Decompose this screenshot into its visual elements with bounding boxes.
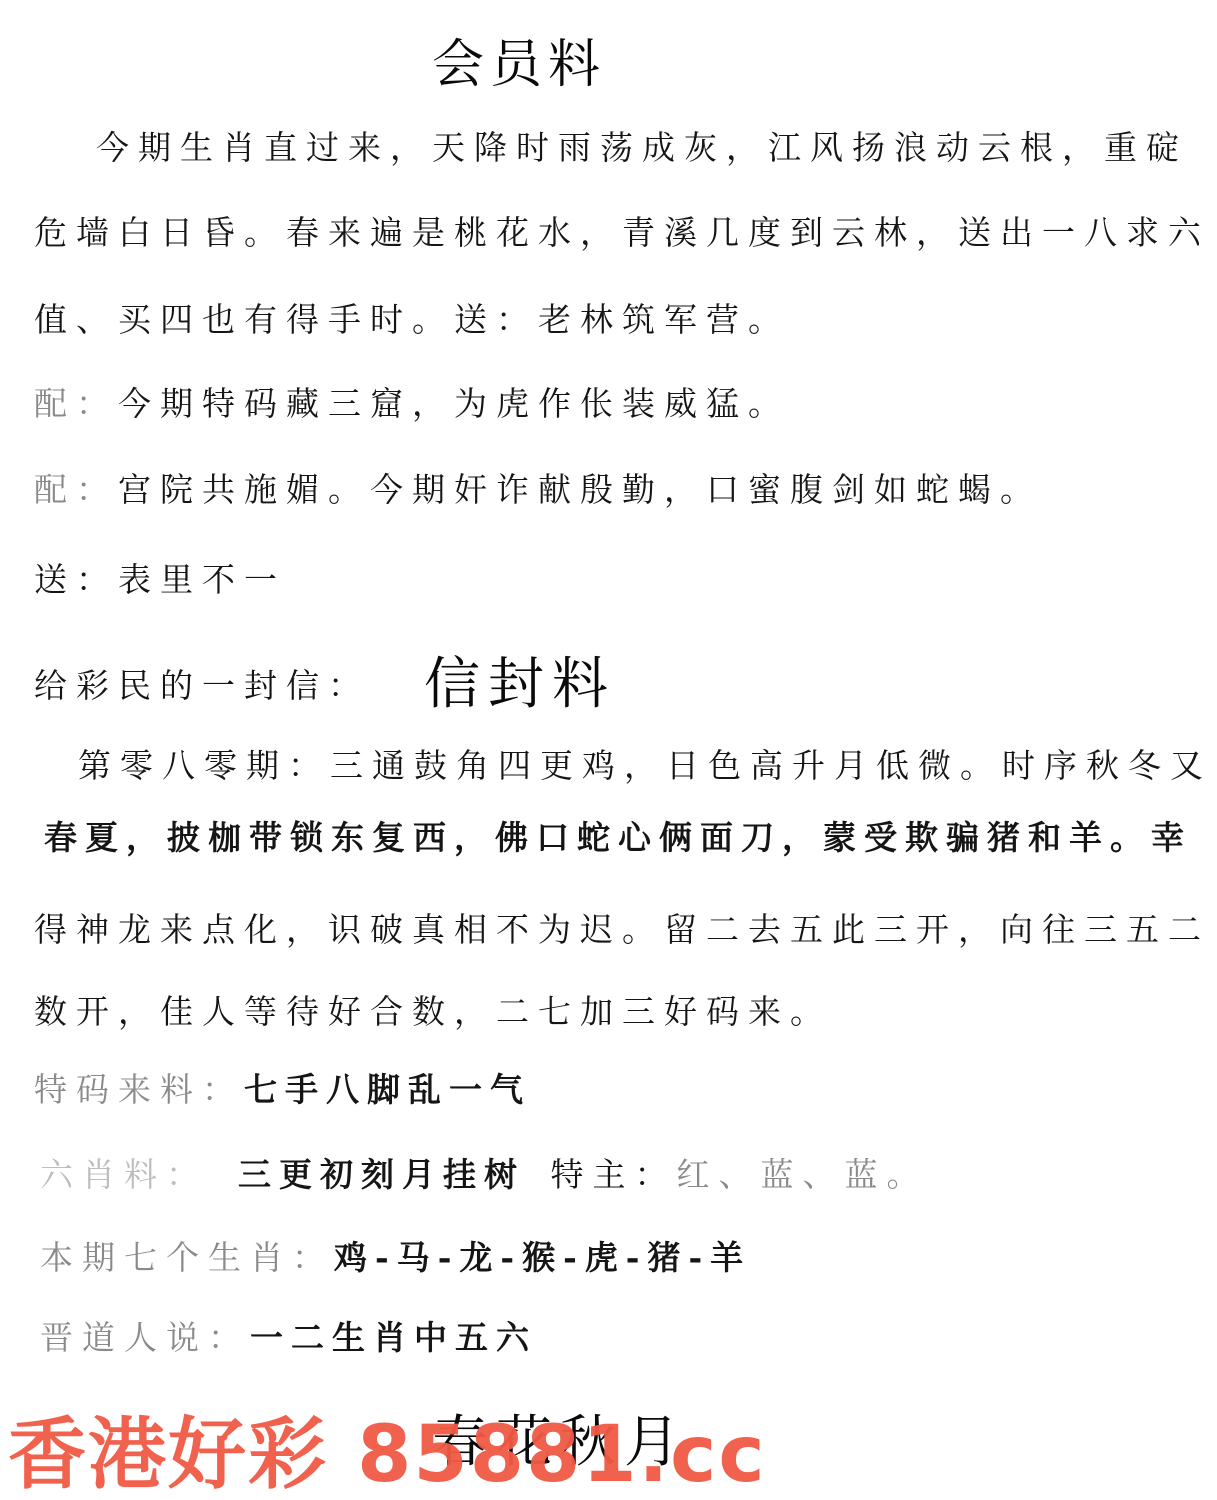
song-line: 送：表里不一 (34, 560, 286, 600)
pei-line-1: 配：今期特码藏三窟，为虎作伥装威猛。 (34, 384, 790, 424)
paragraph-line: 危墙白日昏。春来遍是桃花水，青溪几度到云林，送出一八求六 (34, 213, 1210, 253)
pei-label: 配： (34, 384, 118, 423)
pei-text: 今期特码藏三窟，为虎作伥装威猛。 (118, 384, 790, 423)
item-label: 特码来料： (34, 1070, 244, 1109)
pei-line-2: 配：宫院共施媚。今期奸诈献殷勤，口蜜腹剑如蛇蝎。 (34, 470, 1042, 510)
paragraph-line: 春夏，披枷带锁东复西，佛口蛇心俩面刀，蒙受欺骗猪和羊。幸 (44, 818, 1192, 858)
item-value: 一二生肖中五六 (250, 1318, 537, 1357)
letter-prefix: 给彩民的一封信： (34, 666, 370, 706)
item-value: 鸡-马-龙-猴-虎-猪-羊 (334, 1238, 751, 1277)
paragraph-line: 今期生肖直过来，天降时雨荡成灰，江风扬浪动云根，重碇 (96, 128, 1188, 168)
item-value: 七手八脚乱一气 (244, 1070, 531, 1109)
pei-label: 配： (34, 470, 118, 509)
section-title-member: 会员料 (432, 22, 606, 97)
paragraph-line: 得神龙来点化，识破真相不为迟。留二去五此三开，向往三五二 (34, 910, 1210, 950)
item-value: 三更初刻月挂树 (238, 1155, 525, 1194)
song-text: 表里不一 (118, 560, 286, 599)
site-watermark: 香港好彩 85881.cc (8, 1392, 767, 1500)
paragraph-line: 第零八零期：三通鼓角四更鸡，日色高升月低微。时序秋冬又 (78, 746, 1212, 786)
item-extra-label: 特主： (551, 1155, 677, 1194)
item-seven-zodiac: 本期七个生肖：鸡-马-龙-猴-虎-猪-羊 (40, 1238, 751, 1278)
item-extra-value: 红、蓝、蓝。 (677, 1155, 929, 1194)
paragraph-line: 数开，佳人等待好合数，二七加三好码来。 (34, 992, 832, 1032)
item-label: 六肖料： (40, 1155, 208, 1194)
song-label: 送： (34, 560, 118, 599)
pei-text: 宫院共施媚。今期奸诈献殷勤，口蜜腹剑如蛇蝎。 (118, 470, 1042, 509)
item-tema: 特码来料：七手八脚乱一气 (34, 1070, 531, 1110)
section-title-envelope: 信封料 (424, 640, 616, 720)
item-label: 晋道人说： (40, 1318, 250, 1357)
item-six-zodiac: 六肖料：三更初刻月挂树 特主：红、蓝、蓝。 (40, 1155, 929, 1195)
item-label: 本期七个生肖： (40, 1238, 334, 1277)
paragraph-line: 值、买四也有得手时。送：老林筑军营。 (34, 300, 790, 340)
item-saying: 晋道人说：一二生肖中五六 (40, 1318, 537, 1358)
